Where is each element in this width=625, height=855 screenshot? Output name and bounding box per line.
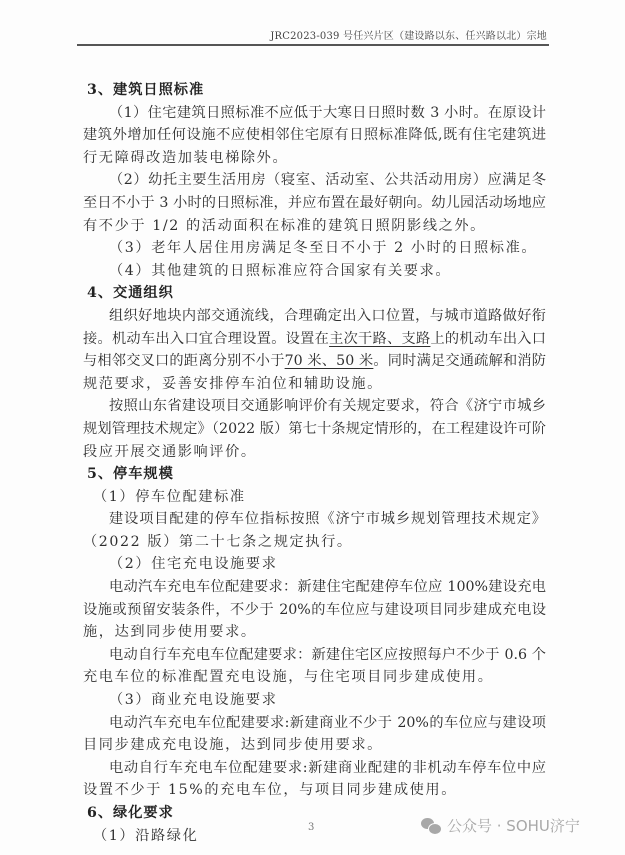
- paragraph-line: 组织好地块内部交通流线，合理确定出入口位置，与城市道路做好衔: [83, 305, 546, 328]
- text-run: 上的机动车出入口: [430, 331, 546, 347]
- paragraph-line: 有不少于 1/2 的活动面积在标准的建筑日照阴影线之外。: [83, 215, 546, 238]
- paragraph-line: 电动汽车充电车位配建要求：新建住宅配建停车位应 100%建设充电: [83, 576, 546, 599]
- paragraph-line: （2）幼托主要生活用房（寝室、活动室、公共活动用房）应满足冬: [83, 169, 546, 192]
- document-page: JRC2023-039 号任兴片区（建设路以东、任兴路以北）宗地 3、建筑日照标…: [0, 0, 625, 855]
- text-run: 接。机动车出入口宜合理设置。设置在: [83, 331, 329, 347]
- section-heading-traffic: 4、交通组织: [83, 282, 546, 305]
- subheading-line: （1）停车位配建标准: [83, 486, 546, 509]
- header-divider: [77, 44, 549, 46]
- text-run: 。同时满足交通疏解和消防: [373, 353, 546, 369]
- paragraph-line: 段应开展交通影响评价。: [83, 441, 546, 464]
- paragraph-line: 至日不小于 3 小时的日照标准，并应布置在最好朝向。幼儿园活动场地应: [83, 192, 546, 215]
- watermark-text: 公众号 · SOHU济宁: [447, 815, 580, 836]
- paragraph-line: 规划管理技术规定》（2022 版）第七十条规定情形的，在工程建设许可阶: [83, 418, 546, 441]
- paragraph-line: 行无障碍改造加装电梯除外。: [83, 147, 546, 170]
- wechat-icon: [421, 818, 441, 834]
- source-watermark: 公众号 · SOHU济宁: [421, 815, 580, 836]
- section-heading-sunlight: 3、建筑日照标准: [83, 79, 546, 102]
- underlined-road-types: 主次干路、支路: [329, 331, 430, 347]
- page-number: 3: [308, 822, 314, 833]
- paragraph-line: 电动自行车充电车位配建要求：新建住宅区应按照每户不少于 0.6 个: [83, 644, 546, 667]
- paragraph-line: 建设项目配建的停车位指标按照《济宁市城乡规划管理技术规定》: [83, 508, 546, 531]
- paragraph-line: 充电车位的标准配置充电设施，与住宅项目同步建成使用。: [83, 666, 546, 689]
- paragraph-line: 电动自行车充电车位配建要求:新建商业配建的非机动车停车位中应: [83, 757, 546, 780]
- subheading-line: （3）商业充电设施要求: [83, 689, 546, 712]
- underlined-distances: 70 米、50 米: [285, 353, 374, 369]
- paragraph-line: （1）住宅建筑日照标准不应低于大寒日日照时数 3 小时。在原设计: [83, 102, 546, 125]
- paragraph-line: 电动汽车充电车位配建要求:新建商业不少于 20%的车位应与建设项: [83, 712, 546, 735]
- subheading-line: （2）住宅充电设施要求: [83, 553, 546, 576]
- paragraph-line: 规范要求，妥善安排停车泊位和辅助设施。: [83, 373, 546, 396]
- section-heading-parking: 5、停车规模: [83, 463, 546, 486]
- paragraph-line: （4）其他建筑的日照标准应符合国家有关要求。: [83, 260, 546, 283]
- paragraph-line: 与相邻交叉口的距离分别不小于70 米、50 米。同时满足交通疏解和消防: [83, 350, 546, 373]
- paragraph-line: （3）老年人居住用房满足冬至日不小于 2 小时的日照标准。: [83, 237, 546, 260]
- paragraph-line: 目同步建成充电设施，达到同步使用要求。: [83, 734, 546, 757]
- document-body: 3、建筑日照标准 （1）住宅建筑日照标准不应低于大寒日日照时数 3 小时。在原设…: [83, 79, 546, 847]
- paragraph-line: 按照山东省建设项目交通影响评价有关规定要求，符合《济宁市城乡: [83, 395, 546, 418]
- paragraph-line: 接。机动车出入口宜合理设置。设置在主次干路、支路上的机动车出入口: [83, 328, 546, 351]
- paragraph-line: 施，达到同步使用要求。: [83, 621, 546, 644]
- paragraph-line: 建筑外增加任何设施不应使相邻住宅原有日照标准降低,既有住宅建筑进: [83, 124, 546, 147]
- paragraph-line: （2022 版）第二十七条之规定执行。: [83, 531, 546, 554]
- paragraph-line: 设置不少于 15%的充电车位，与项目同步建成使用。: [83, 779, 546, 802]
- text-run: 与相邻交叉口的距离分别不小于: [83, 353, 285, 369]
- running-header: JRC2023-039 号任兴片区（建设路以东、任兴路以北）宗地: [270, 27, 547, 42]
- paragraph-line: 设施或预留安装条件，不少于 20%的车位应与建设项目同步建成充电设: [83, 599, 546, 622]
